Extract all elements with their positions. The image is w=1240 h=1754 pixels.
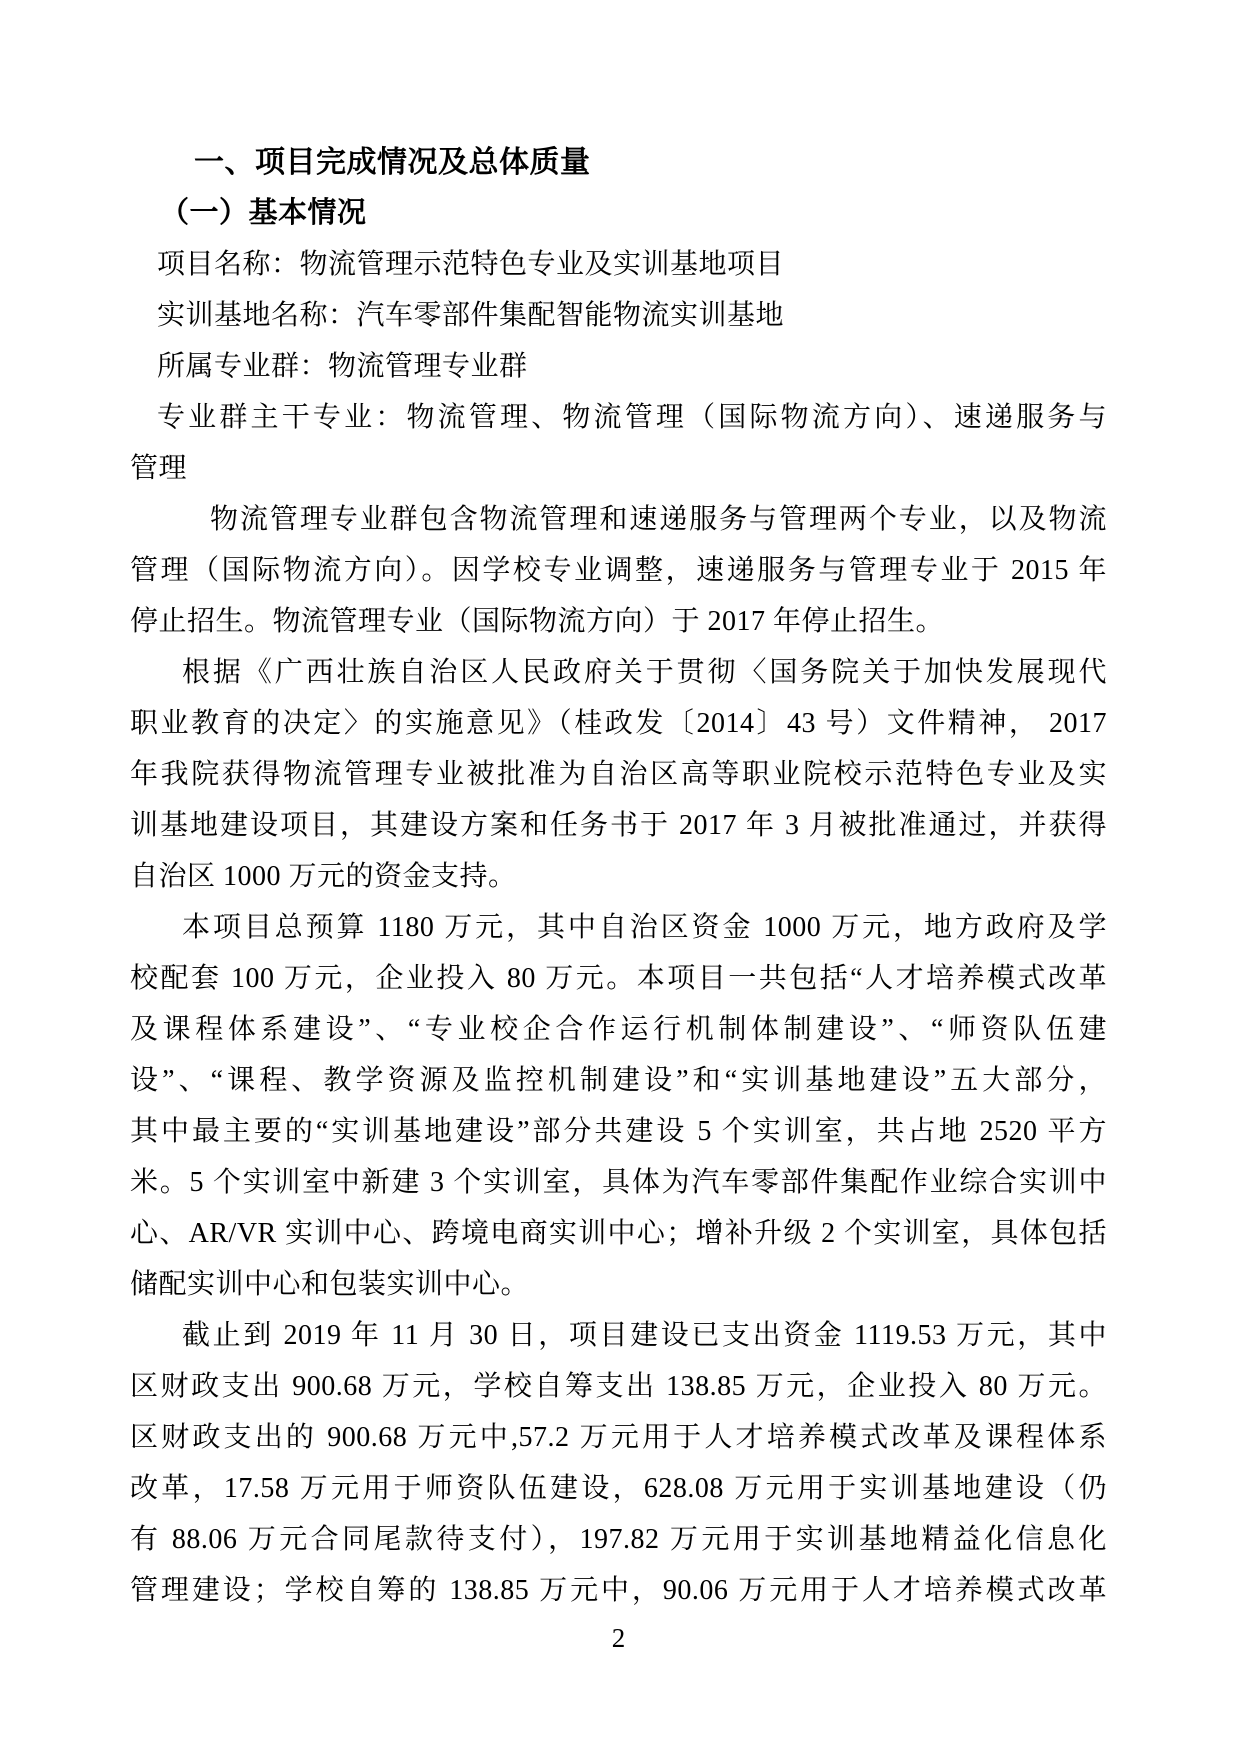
body-text-line: 年我院获得物流管理专业被批准为自治区高等职业院校示范特色专业及实 [130,749,1107,800]
body-text-line: 自治区 1000 万元的资金支持。 [130,851,1107,902]
body-text-line: 其中最主要的“实训基地建设”部分共建设 5 个实训室，共占地 2520 平方 [130,1106,1107,1157]
body-text-line: 根据《广西壮族自治区人民政府关于贯彻〈国务院关于加快发展现代 [130,647,1107,698]
body-text-line: 米。5 个实训室中新建 3 个实训室，具体为汽车零部件集配作业综合实训中 [130,1157,1107,1208]
body-text-line: 管理建设；学校自筹的 138.85 万元中，90.06 万元用于人才培养模式改革 [130,1565,1107,1616]
body-text-line: 专业群主干专业：物流管理、物流管理（国际物流方向）、速递服务与 [130,392,1107,443]
page-number: 2 [130,1620,1107,1656]
body-text-line: 训基地建设项目，其建设方案和任务书于 2017 年 3 月被批准通过，并获得 [130,800,1107,851]
body-text-line: 管理 [130,443,1107,494]
body-text-line: 心、AR/VR 实训中心、跨境电商实训中心；增补升级 2 个实训室，具体包括 [130,1208,1107,1259]
body-text-line: 管理（国际物流方向）。因学校专业调整，速递服务与管理专业于 2015 年 [130,545,1107,596]
body-text-line: 物流管理专业群包含物流管理和速递服务与管理两个专业，以及物流 [130,494,1107,545]
body-text-line: 实训基地名称：汽车零部件集配智能物流实训基地 [130,290,1107,341]
body-text-line: 截止到 2019 年 11 月 30 日，项目建设已支出资金 1119.53 万… [130,1310,1107,1361]
body-text-line: 区财政支出 900.68 万元，学校自筹支出 138.85 万元，企业投入 80… [130,1361,1107,1412]
body-text-line: 所属专业群：物流管理专业群 [130,341,1107,392]
body-text-line: 有 88.06 万元合同尾款待支付），197.82 万元用于实训基地精益化信息化 [130,1514,1107,1565]
document-page: 一、项目完成情况及总体质量（一）基本情况项目名称：物流管理示范特色专业及实训基地… [0,0,1240,1754]
subsection-heading: （一）基本情况 [130,188,1107,239]
body-text-line: 停止招生。物流管理专业（国际物流方向）于 2017 年停止招生。 [130,596,1107,647]
body-text-line: 校配套 100 万元，企业投入 80 万元。本项目一共包括“人才培养模式改革 [130,953,1107,1004]
body-text-line: 设”、“课程、教学资源及监控机制建设”和“实训基地建设”五大部分， [130,1055,1107,1106]
body-text-line: 区财政支出的 900.68 万元中,57.2 万元用于人才培养模式改革及课程体系 [130,1412,1107,1463]
body-text-line: 储配实训中心和包装实训中心。 [130,1259,1107,1310]
body-text-line: 本项目总预算 1180 万元，其中自治区资金 1000 万元，地方政府及学 [130,902,1107,953]
document-body: 一、项目完成情况及总体质量（一）基本情况项目名称：物流管理示范特色专业及实训基地… [130,137,1107,1616]
body-text-line: 职业教育的决定〉的实施意见》（桂政发〔2014〕43 号）文件精神， 2017 [130,698,1107,749]
section-heading: 一、项目完成情况及总体质量 [130,137,1107,188]
body-text-line: 及课程体系建设”、“专业校企合作运行机制体制建设”、“师资队伍建 [130,1004,1107,1055]
body-text-line: 改革，17.58 万元用于师资队伍建设，628.08 万元用于实训基地建设（仍 [130,1463,1107,1514]
body-text-line: 项目名称：物流管理示范特色专业及实训基地项目 [130,239,1107,290]
